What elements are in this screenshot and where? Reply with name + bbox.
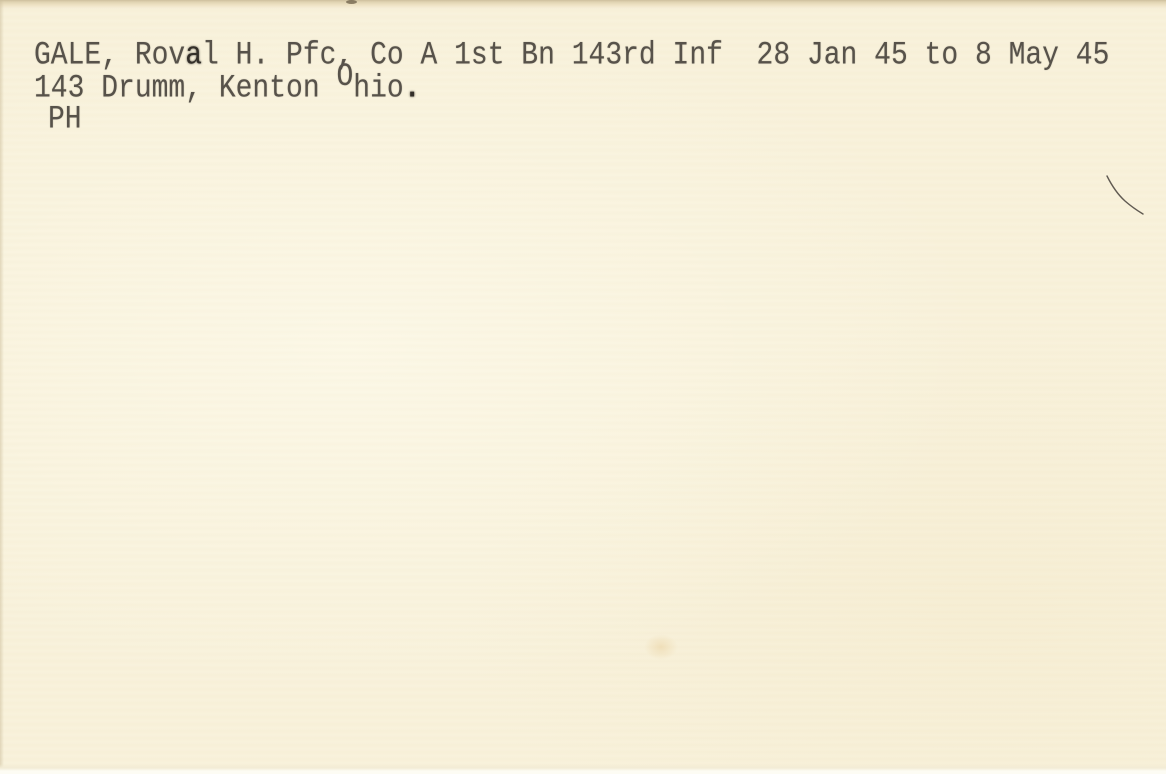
typed-line-award-ph: PH — [48, 101, 82, 139]
typed-line-address: 143 Drumm, Kenton Ohio. — [34, 70, 421, 108]
card-top-edge — [0, 0, 1166, 9]
card-left-edge — [0, 0, 4, 774]
heavy-period: . — [404, 71, 421, 107]
overstruck-letter-a: a — [185, 38, 202, 74]
pen-scratch-mark — [1098, 168, 1152, 222]
paper-stain — [644, 634, 678, 660]
index-card: GALE, Roval H. Pfc, Co A 1st Bn 143rd In… — [0, 0, 1166, 774]
top-edge-speck — [346, 0, 357, 4]
paper-texture — [0, 0, 1166, 774]
line2-rest: hio — [353, 71, 403, 107]
raised-letter-o: O — [336, 60, 353, 96]
line1-prefix: GALE, Rov — [34, 38, 185, 74]
scanner-bottom-strip — [0, 764, 1166, 774]
